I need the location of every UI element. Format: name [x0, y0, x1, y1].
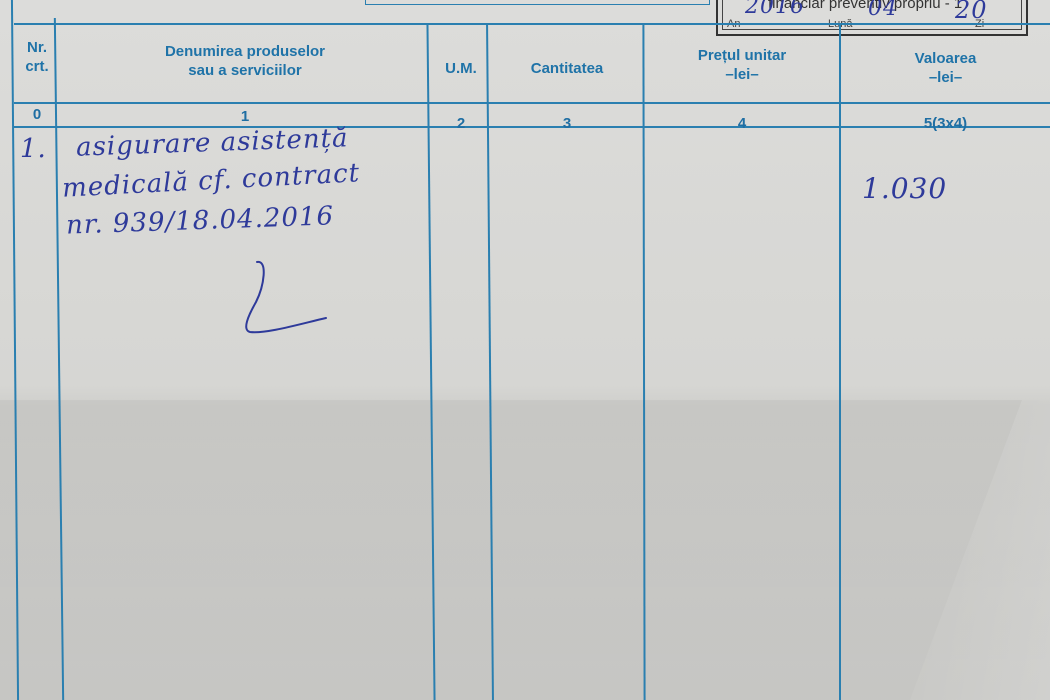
index-5: 5(3x4): [841, 115, 1050, 132]
row-1-nr: 1.: [20, 134, 47, 164]
header-desc-line2: sau a serviciilor: [60, 61, 430, 80]
header-price-line1: Prețul unitar: [645, 46, 839, 65]
hand-month: 04: [868, 0, 898, 21]
table-left-border: [11, 0, 19, 700]
header-description: Denumirea produselor sau a serviciilor: [60, 42, 430, 80]
header-nr-line1: Nr.: [16, 38, 58, 57]
header-unit-price: Prețul unitar –lei–: [645, 46, 839, 84]
header-nr-line2: crt.: [16, 57, 58, 76]
index-0: 0: [16, 106, 58, 123]
hand-day: 20: [955, 0, 988, 24]
index-1: 1: [60, 108, 430, 125]
paper-fold-highlight: [910, 400, 1050, 700]
header-nr-crt: Nr. crt.: [16, 38, 58, 76]
index-3: 3: [491, 115, 643, 132]
header-value-line1: Valoarea: [841, 49, 1050, 68]
strike-mark-icon: [240, 258, 340, 348]
index-4: 4: [645, 115, 839, 132]
index-2: 2: [432, 115, 490, 132]
header-um: U.M.: [432, 59, 490, 78]
top-field-box: [365, 0, 710, 5]
table-top-border: [14, 23, 1050, 25]
header-quantity: Cantitatea: [491, 59, 643, 78]
row-1-desc-line2: medicală cf. contract: [61, 158, 360, 204]
header-value-line2: –lei–: [841, 68, 1050, 87]
row-1-value: 1.030: [862, 172, 947, 205]
hand-year: 2016: [745, 0, 805, 19]
row-1-desc-line3: nr. 939/18.04.2016: [66, 201, 335, 240]
header-value: Valoarea –lei–: [841, 49, 1050, 87]
header-price-line2: –lei–: [645, 65, 839, 84]
paper-fold-shadow: [0, 400, 1050, 700]
row-1-desc-line1: asigurare asistență: [76, 123, 349, 162]
header-desc-line1: Denumirea produselor: [60, 42, 430, 61]
header-bottom-border: [14, 102, 1050, 104]
